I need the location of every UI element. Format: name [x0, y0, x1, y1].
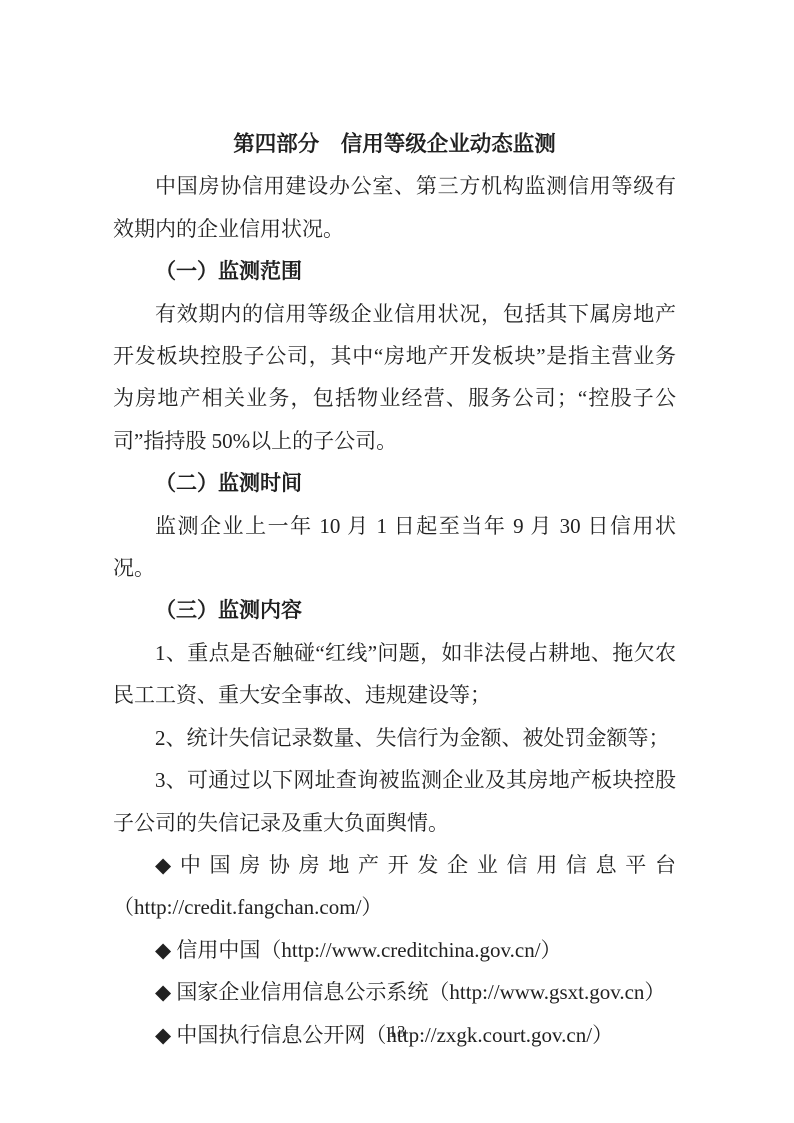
link-item-fangchan-url: （http://credit.fangchan.com/）	[113, 886, 676, 928]
section-heading-monitoring-scope: （一）监测范围	[113, 250, 676, 292]
link-item-gsxt: ◆ 国家企业信用信息公示系统（http://www.gsxt.gov.cn）	[113, 971, 676, 1013]
page-title: 第四部分 信用等级企业动态监测	[113, 123, 676, 165]
page-number: 13	[0, 1021, 794, 1043]
paragraph-monitoring-scope: 有效期内的信用等级企业信用状况，包括其下属房地产开发板块控股子公司，其中“房地产…	[113, 293, 676, 463]
paragraph-content-item-3: 3、可通过以下网址查询被监测企业及其房地产板块控股子公司的失信记录及重大负面舆情…	[113, 759, 676, 844]
paragraph-content-item-2: 2、统计失信记录数量、失信行为金额、被处罚金额等；	[113, 717, 676, 759]
paragraph-monitoring-time: 监测企业上一年 10 月 1 日起至当年 9 月 30 日信用状况。	[113, 505, 676, 590]
section-heading-monitoring-content: （三）监测内容	[113, 589, 676, 631]
link-item-creditchina: ◆ 信用中国（http://www.creditchina.gov.cn/）	[113, 929, 676, 971]
intro-paragraph: 中国房协信用建设办公室、第三方机构监测信用等级有效期内的企业信用状况。	[113, 165, 676, 250]
paragraph-content-item-1: 1、重点是否触碰“红线”问题，如非法侵占耕地、拖欠农民工工资、重大安全事故、违规…	[113, 632, 676, 717]
link-item-fangchan-name: ◆ 中 国 房 协 房 地 产 开 发 企 业 信 用 信 息 平 台	[113, 844, 676, 886]
section-heading-monitoring-time: （二）监测时间	[113, 462, 676, 504]
document-page: 第四部分 信用等级企业动态监测 中国房协信用建设办公室、第三方机构监测信用等级有…	[0, 0, 794, 1123]
page-content: 第四部分 信用等级企业动态监测 中国房协信用建设办公室、第三方机构监测信用等级有…	[113, 123, 676, 1056]
